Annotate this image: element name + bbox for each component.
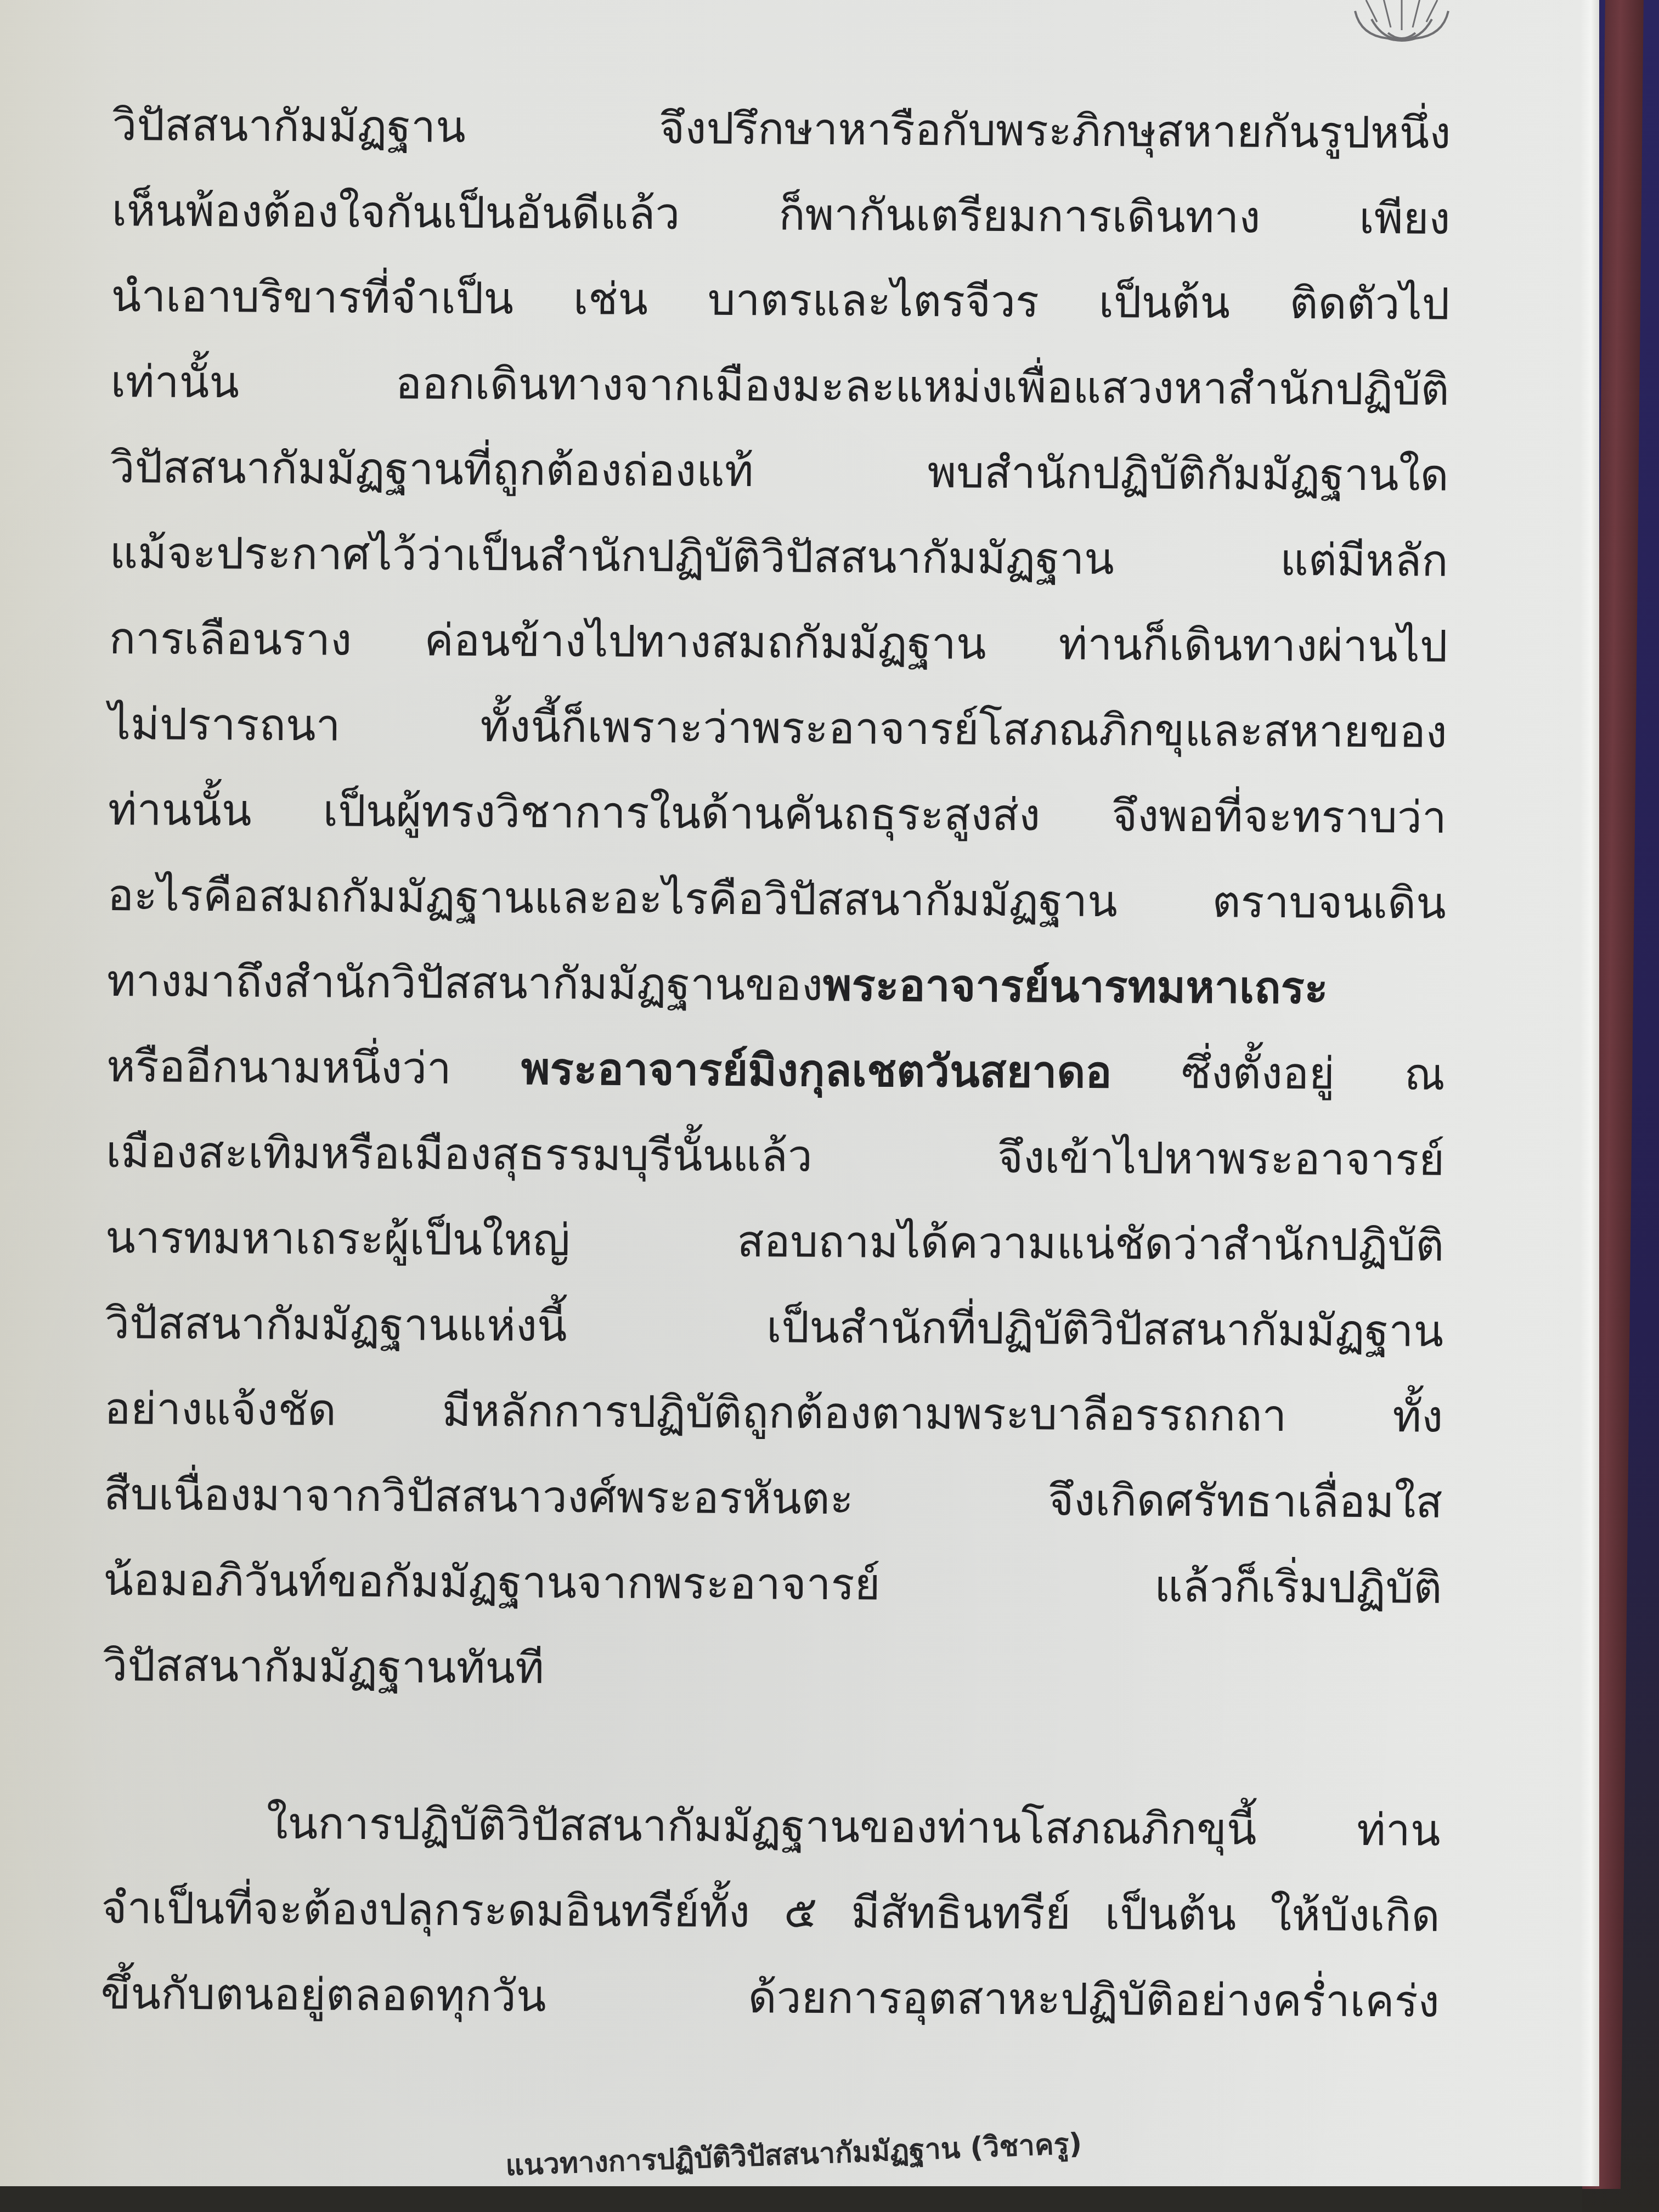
text-line: อะไรคือสมถกัมมัฏฐานและอะไรคือวิปัสสนากัม… [107, 853, 1446, 946]
text-segment: วิปัสสนากัมมัฏฐาน จึงปรึกษาหารือกับพระภิ… [112, 99, 1451, 159]
text-segment: เห็นพ้องต้องใจกันเป็นอันดีแล้ว ก็พากันเต… [111, 185, 1451, 244]
text-line: การเลือนราง ค่อนข้างไปทางสมถกัมมัฏฐาน ท่… [109, 596, 1448, 690]
text-segment: เท่านั้น ออกเดินทางจากเมืองมะละแหม่งเพื่… [110, 356, 1449, 415]
text-segment: แม้จะประกาศไว้ว่าเป็นสำนักปฏิบัติวิปัสสน… [109, 527, 1448, 586]
text-segment: วิปัสสนากัมมัฏฐานแห่งนี้ เป็นสำนักที่ปฏิ… [105, 1297, 1444, 1357]
text-line: นำเอาบริขารที่จำเป็น เช่น บาตรและไตรจีวร… [111, 253, 1450, 347]
text-line: ขึ้นกับตนอยู่ตลอดทุกวัน ด้วยการอุตสาหะปฏ… [100, 1951, 1440, 2045]
text-line: แม้จะประกาศไว้ว่าเป็นสำนักปฏิบัติวิปัสสน… [109, 510, 1448, 604]
lotus-flower-ornament-icon [1339, 0, 1465, 44]
bold-name-text: พระอาจารย์นารทมหาเถระ [823, 960, 1328, 1014]
text-line: เห็นพ้องต้องใจกันเป็นอันดีแล้ว ก็พากันเต… [111, 168, 1451, 262]
text-line: จำเป็นที่จะต้องปลุกระดมอินทรีย์ทั้ง ๕ มี… [101, 1865, 1440, 1959]
text-segment: ทางมาถึงสำนักวิปัสสนากัมมัฏฐานของ [107, 955, 823, 1011]
running-footer: แนวทางการปฏิบัติวิปัสสนากัมมัฏฐาน (วิชาค… [505, 2120, 1083, 2188]
text-line: อย่างแจ้งชัด มีหลักการปฏิบัติถูกต้องตามพ… [104, 1366, 1443, 1460]
text-line: วิปัสสนากัมมัฏฐานแห่งนี้ เป็นสำนักที่ปฏิ… [105, 1280, 1444, 1374]
text-line: วิปัสสนากัมมัฏฐานทันที [103, 1623, 1442, 1717]
text-line: ในการปฏิบัติวิปัสสนากัมมัฏฐานของท่านโสภณ… [101, 1780, 1441, 1874]
text-line: เมืองสะเทิมหรือเมืองสุธรรมบุรีนั้นแล้ว จ… [106, 1109, 1445, 1203]
text-line: วิปัสสนากัมมัฏฐานที่ถูกต้องถ่องแท้ พบสำน… [110, 425, 1449, 518]
text-segment: ท่านนั้น เป็นผู้ทรงวิชาการในด้านคันถธุระ… [108, 784, 1447, 843]
text-segment: น้อมอภิวันท์ขอกัมมัฏฐานจากพระอาจารย์ แล้… [103, 1554, 1442, 1613]
text-segment: สืบเนื่องมาจากวิปัสสนาวงศ์พระอรหันตะ จึง… [104, 1469, 1443, 1528]
paragraph-1: วิปัสสนากัมมัฏฐาน จึงปรึกษาหารือกับพระภิ… [103, 82, 1451, 1717]
paragraph-spacer [102, 1708, 1441, 1788]
text-segment: อย่างแจ้งชัด มีหลักการปฏิบัติถูกต้องตามพ… [104, 1383, 1443, 1442]
bold-name-text: พระอาจารย์มิงกุลเชตวันสยาดอ [521, 1043, 1112, 1098]
text-segment: นำเอาบริขารที่จำเป็น เช่น บาตรและไตรจีวร… [111, 270, 1450, 330]
text-segment: ไม่ปรารถนา ทั้งนี้ก็เพราะว่าพระอาจารย์โส… [109, 698, 1448, 758]
text-segment: วิปัสสนากัมมัฏฐานที่ถูกต้องถ่องแท้ พบสำน… [110, 442, 1449, 501]
text-segment: การเลือนราง ค่อนข้างไปทางสมถกัมมัฏฐาน ท่… [109, 613, 1448, 672]
text-segment: เมืองสะเทิมหรือเมืองสุธรรมบุรีนั้นแล้ว จ… [106, 1126, 1445, 1186]
text-line: หรืออีกนามหนึ่งว่า พระอาจารย์มิงกุลเชตวั… [106, 1024, 1446, 1118]
text-line: ไม่ปรารถนา ทั้งนี้ก็เพราะว่าพระอาจารย์โส… [108, 681, 1447, 775]
paragraph-2: ในการปฏิบัติวิปัสสนากัมมัฏฐานของท่านโสภณ… [100, 1780, 1441, 2045]
text-line: สืบเนื่องมาจากวิปัสสนาวงศ์พระอรหันตะ จึง… [104, 1452, 1443, 1545]
text-segment: อะไรคือสมถกัมมัฏฐานและอะไรคือวิปัสสนากัม… [108, 870, 1447, 929]
text-line: น้อมอภิวันท์ขอกัมมัฏฐานจากพระอาจารย์ แล้… [103, 1537, 1442, 1631]
text-segment: ซึ่งตั้งอยู่ ณ [1111, 1047, 1445, 1100]
text-line: ท่านนั้น เป็นผู้ทรงวิชาการในด้านคันถธุระ… [108, 767, 1447, 861]
body-text: วิปัสสนากัมมัฏฐาน จึงปรึกษาหารือกับพระภิ… [100, 82, 1451, 2045]
text-segment: วิปัสสนากัมมัฏฐานทันที [103, 1640, 544, 1694]
text-line: นารทมหาเถระผู้เป็นใหญ่ สอบถามได้ความแน่ช… [105, 1195, 1444, 1289]
text-line: เท่านั้น ออกเดินทางจากเมืองมะละแหม่งเพื่… [110, 339, 1449, 433]
text-segment: หรืออีกนามหนึ่งว่า [106, 1041, 522, 1094]
book-page: วิปัสสนากัมมัฏฐาน จึงปรึกษาหารือกับพระภิ… [0, 0, 1599, 2186]
text-segment: นารทมหาเถระผู้เป็นใหญ่ สอบถามได้ความแน่ช… [105, 1212, 1444, 1271]
text-line: ทางมาถึงสำนักวิปัสสนากัมมัฏฐานของพระอาจา… [107, 938, 1446, 1032]
text-line: วิปัสสนากัมมัฏฐาน จึงปรึกษาหารือกับพระภิ… [112, 82, 1451, 176]
